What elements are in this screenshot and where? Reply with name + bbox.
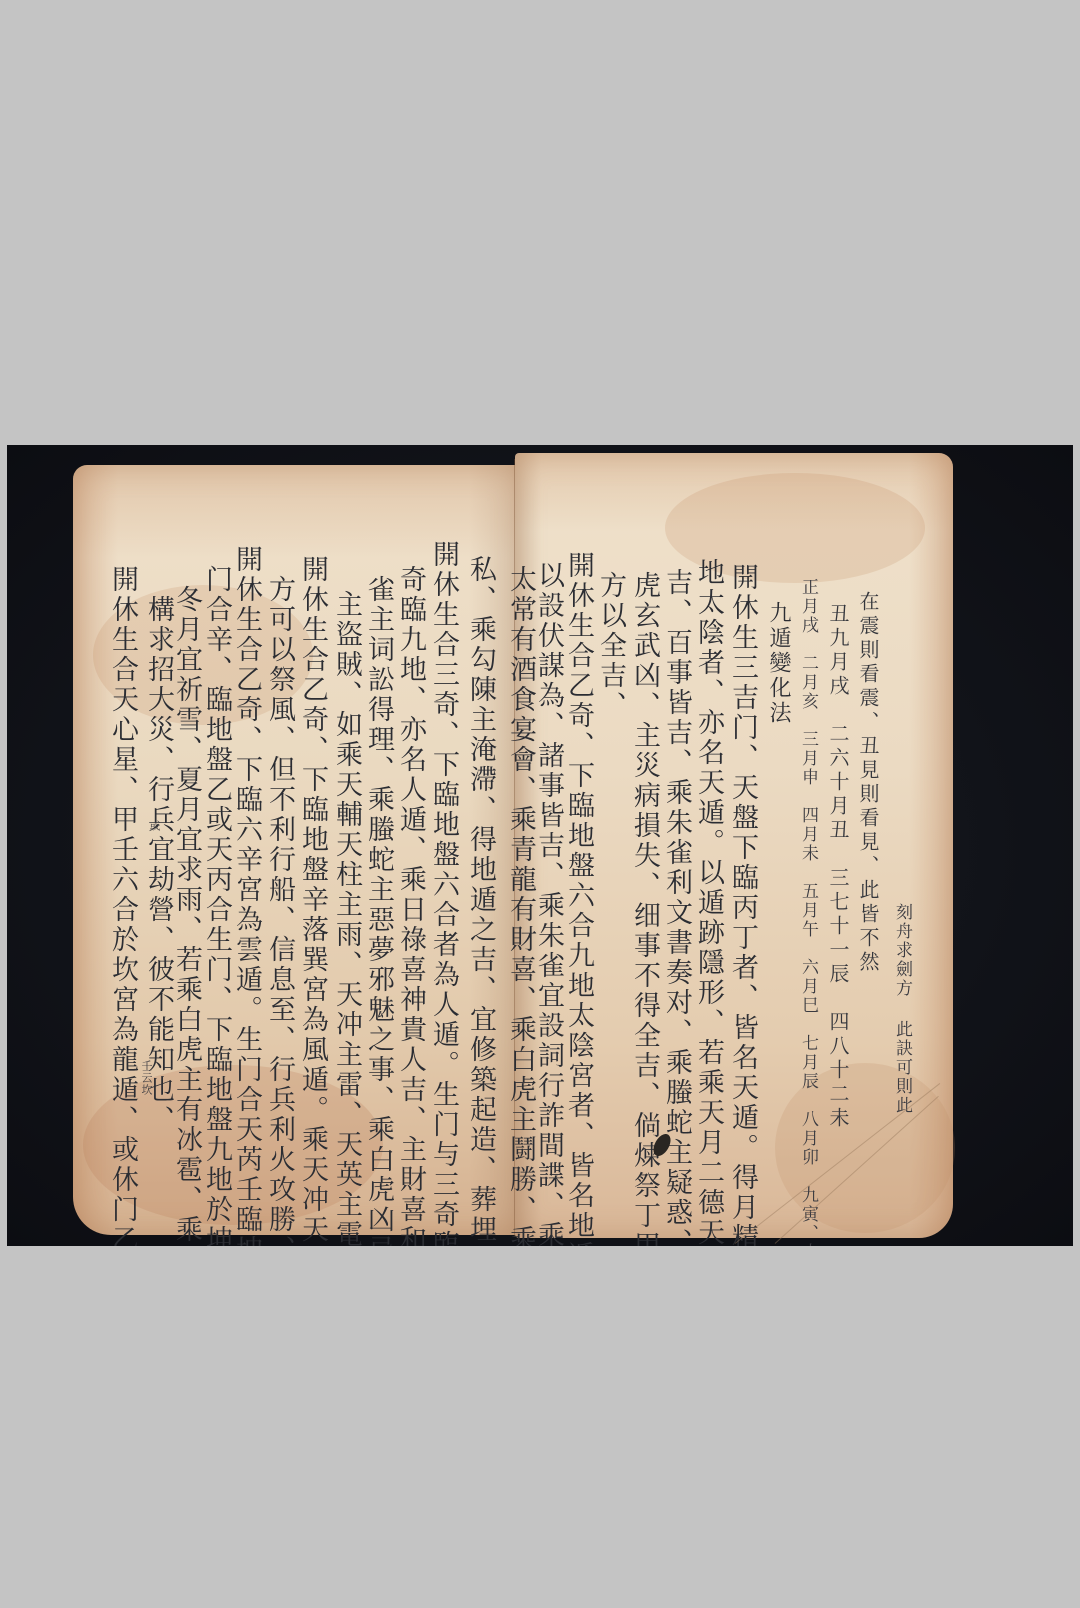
margin-note: 壬云坎 [131,1060,161,1096]
manuscript-photo: 私、乘勾陳主淹滯、得地遁之吉、宜修築起造、葬埋藏匿之事皆吉、 開休生合三奇、下臨… [7,445,1073,1246]
text-column: 構求招大災、行兵宜劫營、彼不能知也、 [143,595,173,1135]
text-column: 方以全吉、 [595,571,625,721]
text-column: 奇臨九地、亦名人遁、乘日祿喜神貴人吉、主財喜和合之事、乘朱 [395,565,425,1246]
text-column: 開休生合乙奇、下臨六辛宮為雲遁。生门合天芮壬臨坤宮及三吉 [231,545,261,1246]
text-column: 在震則看震、丑見則看見、此皆不然 [853,591,883,975]
text-column: 開休生合天心星、甲壬六合於坎宮為龍遁、或休门乙奇加坤、或開门六 [107,565,137,1246]
text-column: 開休生合乙奇、下臨地盤六合九地太陰宮者、皆名地遁。得日精所蔽、 [563,551,593,1246]
text-column: 冬月宜祈雪、夏月宜求雨、若乘白虎主有冰雹、乘螣蛇朱雀凶主旱、 [171,585,201,1246]
text-column: 丑九月戌 二六十月丑 三七十一辰 四八十二未 [823,603,853,1131]
text-column: 開休生三吉门、天盤下臨丙丁者、皆名天遁。得月精所蔽、或臨地盤九 [727,563,757,1246]
text-column: 開休生合乙奇、下臨地盤辛落巽宮為風遁。乘天冲天輔二星尤此 [297,555,327,1246]
text-column: 门合辛、臨地盤乙或天丙合生门、下臨地盤九地於坤宮、亦皆名雲遁、 [201,565,231,1246]
margin-note: 或 [139,820,169,832]
left-page: 私、乘勾陳主淹滯、得地遁之吉、宜修築起造、葬埋藏匿之事皆吉、 開休生合三奇、下臨… [73,465,523,1235]
text-column: 正月戌 二月亥 三月申 四月未 五月午 六月巳 七月辰 八月卯 九寅、十丑 十一… [793,578,823,1246]
text-column: 開休生合三奇、下臨地盤六合者為人遁。生门与三奇臨太陰及生门乙 [428,540,458,1246]
text-column: 主盜賊、如乘天輔天柱主雨、天冲主雷、天英主電、占病危急、 [331,590,361,1246]
text-column: 方可以祭風、但不利行船、信息至、行兵利火攻勝、 [264,575,294,1246]
image-viewer: 私、乘勾陳主淹滯、得地遁之吉、宜修築起造、葬埋藏匿之事皆吉、 開休生合三奇、下臨… [0,0,1080,1608]
text-column: 以設伏謀為、諸事皆吉、乘朱雀宜設詞行詐間諜、乘螣蛇宜蠱惑、乘 [533,561,563,1246]
text-column: 私、乘勾陳主淹滯、得地遁之吉、宜修築起造、葬埋藏匿之事皆吉、 [465,555,495,1246]
text-column: 太常有酒食宴會、乘青龍有財喜、乘白虎主鬪勝、乘玄武主竊取探 [505,565,535,1246]
text-column: 刻舟求劍方 此訣可則此 [887,903,917,1115]
text-column: 地太陰者、亦名天遁。以遁跡隱形、若乘天月二德天恩天赦日祿喜神 [693,558,723,1246]
section-title: 九遁變化法 [763,601,793,726]
text-column: 雀主词訟得理、乘螣蛇主惡夢邪魅之事、乘白虎凶忌行舟、乘玄武 [363,575,393,1246]
right-page: 在震則看震、丑見則看見、此皆不然 丑九月戌 二六十月丑 三七十一辰 四八十二未 … [515,453,953,1238]
